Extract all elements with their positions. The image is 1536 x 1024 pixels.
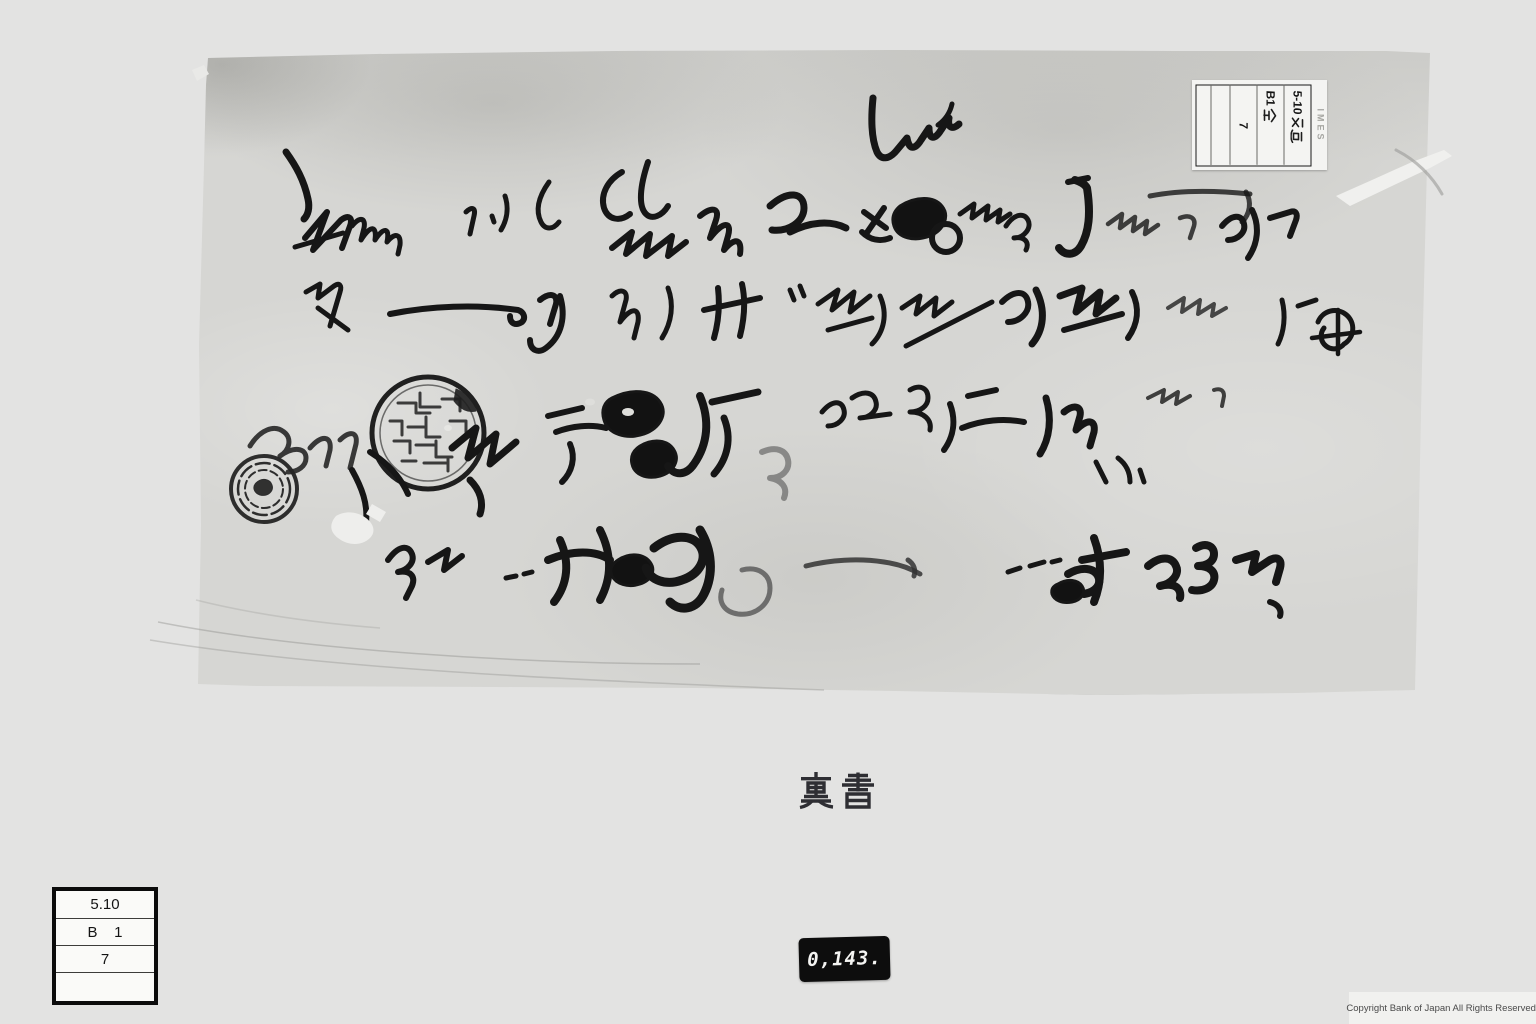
- archive-sticker-content: IMES 5-10 5-10交通 B1 B1 全 7: [1192, 80, 1327, 170]
- photo-caption: 裏書: [797, 770, 877, 810]
- sticker-row-classification: 5-10 5-10交通: [1283, 84, 1310, 165]
- copyright-strip: Copyright Bank of Japan All Rights Reser…: [1349, 992, 1536, 1024]
- kanji-ura: [800, 772, 833, 808]
- sticker-volume-code: B1: [1263, 90, 1277, 106]
- imes-printed-label: IMES: [1312, 80, 1325, 170]
- calligraphy-line-1: [286, 152, 1297, 258]
- handwritten-kanji-koutsu: [1290, 116, 1304, 144]
- small-seal: [231, 456, 297, 522]
- kanji-sho: [842, 773, 874, 808]
- sticker-frame: 5-10 5-10交通 B1 B1 全 7: [1195, 84, 1311, 166]
- counter-digits: 0,143.: [807, 947, 882, 971]
- frame-counter-display: 0,143.: [798, 936, 890, 982]
- id-card-row: 7: [56, 946, 154, 973]
- caption-kanji-art: [797, 770, 877, 810]
- sticker-row-empty-1: [1210, 85, 1229, 166]
- calligraphy-line-3: [250, 387, 1224, 535]
- id-card-row: 5.10: [56, 891, 154, 919]
- calligraphy-line-4: [388, 530, 1281, 616]
- sticker-item-number: 7: [1236, 121, 1250, 128]
- sticker-row-item-number: 7: [1229, 84, 1256, 165]
- shelf-id-card: 5.10 B 1 7: [52, 887, 158, 1005]
- paper-tear: [1336, 150, 1452, 206]
- top-scribble: [872, 98, 959, 158]
- sticker-classification-number: 5-10: [1290, 90, 1304, 115]
- copyright-text: Copyright Bank of Japan All Rights Reser…: [1346, 1003, 1536, 1014]
- archive-sticker: IMES 5-10 5-10交通 B1 B1 全 7: [1192, 80, 1327, 170]
- calligraphy-line-2: [306, 284, 1360, 354]
- id-card-row: B 1: [56, 919, 154, 946]
- archive-photo-page: { "page": { "background_color": "#e3e3e2…: [0, 0, 1536, 1024]
- sticker-row-volume: B1 B1 全: [1256, 84, 1283, 165]
- handwritten-kanji-zen: [1263, 107, 1278, 123]
- faint-creases: [150, 600, 824, 690]
